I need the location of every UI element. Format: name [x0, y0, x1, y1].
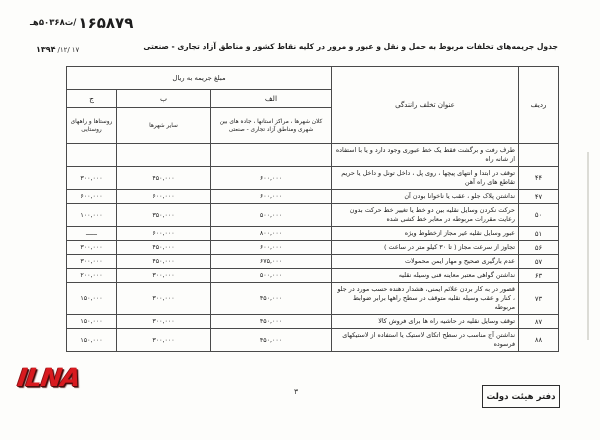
table-row: ۸۷ توقف وسایل نقلیه در حاشیه راه ها برای… — [67, 315, 559, 329]
fine-b-cell — [117, 144, 211, 167]
row-number-cell: ۵۱ — [519, 227, 559, 241]
row-number-cell — [519, 144, 559, 167]
fine-b-cell: ۳۰۰,۰۰۰ — [117, 315, 211, 329]
fine-c-cell: ۶۰۰,۰۰۰ — [67, 190, 117, 204]
fine-c-cell: ۱۰۰,۰۰۰ — [67, 204, 117, 227]
table-row: ۴۴ توقف در ابتدا و انتهای پیچها ، روی پل… — [67, 167, 559, 190]
fines-table-body: طرف رفت و برگشت فقط یک خط عبوری وجود دار… — [67, 144, 559, 352]
header-col-c-desc: روستاها و راههای روستایی — [67, 108, 117, 144]
fine-c-cell — [67, 144, 117, 167]
fine-b-cell: ۶۰۰,۰۰۰ — [117, 227, 211, 241]
header-row-number-col: ردیف — [519, 67, 559, 144]
violation-text-cell: نداشتن پلاک جلو ، عقب یا ناخوانا بودن آن — [332, 190, 519, 204]
violation-text-cell: نداشتن گواهی معتبر معاینه فنی وسیله نقلی… — [332, 269, 519, 283]
document-date: ۱۳۹۴ /۱۲/ ۱۷ — [36, 45, 79, 54]
scan-artifact-line — [587, 152, 589, 340]
fine-a-cell: ۶۰۰,۰۰۰ — [211, 241, 332, 255]
table-row: ۵۷ عدم بارگیری صحیح و مهار ایمن محمولات … — [67, 255, 559, 269]
fines-table-header: ردیف عنوان تخلف رانندگی مبلغ جریمه به ری… — [67, 67, 559, 144]
fine-a-cell: ۵۰۰,۰۰۰ — [211, 204, 332, 227]
fine-a-cell: ۶۰۰,۰۰۰ — [211, 167, 332, 190]
date-day: ۱۷ — [72, 46, 80, 54]
table-row: ۶۳ نداشتن گواهی معتبر معاینه فنی وسیله ن… — [67, 269, 559, 283]
fine-a-cell: ۴۵۰,۰۰۰ — [211, 315, 332, 329]
violation-text-cell: عدم بارگیری صحیح و مهار ایمن محمولات — [332, 255, 519, 269]
header-col-b-desc: سایر شهرها — [117, 108, 211, 144]
table-row: ۵۶ تجاوز از سرعت مجاز ( تا ۳۰ کیلو متر د… — [67, 241, 559, 255]
table-row: ۴۷ نداشتن پلاک جلو ، عقب یا ناخوانا بودن… — [67, 190, 559, 204]
header-col-b-letter: ب — [117, 90, 211, 108]
date-month: /۱۲/ — [58, 46, 70, 54]
fine-b-cell: ۳۰۰,۰۰۰ — [117, 329, 211, 352]
row-number-cell: ۴۴ — [519, 167, 559, 190]
row-number-cell: ۸۸ — [519, 329, 559, 352]
table-row: ۷۳ قصور در به کار بردن علائم ایمنی، هشدا… — [67, 283, 559, 315]
fine-c-cell: ۱۵۰,۰۰۰ — [67, 329, 117, 352]
header-violation-col: عنوان تخلف رانندگی — [332, 67, 519, 144]
header-col-c-letter: ج — [67, 90, 117, 108]
ilna-logo: ILNA — [16, 363, 82, 392]
row-number-cell: ۵۰ — [519, 204, 559, 227]
fine-a-cell: ۶۷۵,۰۰۰ — [211, 255, 332, 269]
row-number-cell: ۵۷ — [519, 255, 559, 269]
cabinet-office-stamp: دفتر هیئت دولت — [482, 385, 560, 408]
fine-c-cell: ۳۰۰,۰۰۰ — [67, 255, 117, 269]
header-col-a-letter: الف — [211, 90, 332, 108]
violation-text-cell: قصور در به کار بردن علائم ایمنی، هشدار د… — [332, 283, 519, 315]
table-row: ۵۱ عبور وسایل نقلیه غیر مجاز ازخطوط ویژه… — [67, 227, 559, 241]
violation-text-cell: حرکت نکردن وسایل نقلیه بین دو خط یا تغیی… — [332, 204, 519, 227]
row-number-cell: ۷۳ — [519, 283, 559, 315]
fine-b-cell: ۳۵۰,۰۰۰ — [117, 204, 211, 227]
table-row: ۵۰ حرکت نکردن وسایل نقلیه بین دو خط یا ت… — [67, 204, 559, 227]
violation-text-cell: نداشتن آج مناسب در سطح اتکای لاستیک یا ا… — [332, 329, 519, 352]
scanned-document-page: ۱۶۵۸۷۹ /ت۵۰۳۶۸هـ جدول جریمه‌های تخلفات م… — [0, 0, 600, 440]
violation-text-cell: عبور وسایل نقلیه غیر مجاز ازخطوط ویژه — [332, 227, 519, 241]
violation-text-cell: توقف در ابتدا و انتهای پیچها ، روی پل ، … — [332, 167, 519, 190]
fine-b-cell: ۴۵۰,۰۰۰ — [117, 167, 211, 190]
document-title: جدول جریمه‌های تخلفات مربوط به حمل و نقل… — [130, 42, 558, 51]
table-row: ۸۸ نداشتن آج مناسب در سطح اتکای لاستیک ی… — [67, 329, 559, 352]
violation-text-cell: طرف رفت و برگشت فقط یک خط عبوری وجود دار… — [332, 144, 519, 167]
document-number: ۱۶۵۸۷۹ /ت۵۰۳۶۸هـ — [30, 14, 133, 32]
fine-a-cell: ۴۵۰,۰۰۰ — [211, 329, 332, 352]
fine-b-cell: ۳۰۰,۰۰۰ — [117, 283, 211, 315]
header-col-a-desc: کلان شهرها ، مراکز استانها ، جاده های بی… — [211, 108, 332, 144]
fine-c-cell: ۱۵۰,۰۰۰ — [67, 315, 117, 329]
fine-c-cell: ــــــ — [67, 227, 117, 241]
fine-b-cell: ۴۵۰,۰۰۰ — [117, 241, 211, 255]
row-number-cell: ۵۶ — [519, 241, 559, 255]
fine-a-cell — [211, 144, 332, 167]
date-year: ۱۳۹۴ — [36, 45, 56, 54]
fine-b-cell: ۴۵۰,۰۰۰ — [117, 255, 211, 269]
fine-c-cell: ۱۵۰,۰۰۰ — [67, 283, 117, 315]
fine-b-cell: ۳۰۰,۰۰۰ — [117, 269, 211, 283]
fine-a-cell: ۵۰۰,۰۰۰ — [211, 269, 332, 283]
violation-text-cell: توقف وسایل نقلیه در حاشیه راه ها برای فر… — [332, 315, 519, 329]
row-number-cell: ۸۷ — [519, 315, 559, 329]
document-number-main: ۱۶۵۸۷۹ — [78, 14, 133, 32]
violation-text-cell: تجاوز از سرعت مجاز ( تا ۳۰ کیلو متر در س… — [332, 241, 519, 255]
fines-table: ردیف عنوان تخلف رانندگی مبلغ جریمه به ری… — [66, 66, 559, 352]
document-number-suffix: /ت۵۰۳۶۸هـ — [30, 18, 76, 28]
header-fine-group: مبلغ جریمه به ریال — [67, 67, 332, 90]
fine-a-cell: ۶۰۰,۰۰۰ — [211, 190, 332, 204]
fine-c-cell: ۲۰۰,۰۰۰ — [67, 269, 117, 283]
table-row: طرف رفت و برگشت فقط یک خط عبوری وجود دار… — [67, 144, 559, 167]
fine-a-cell: ۸۰۰,۰۰۰ — [211, 227, 332, 241]
page-number: ۳ — [294, 387, 298, 396]
fine-a-cell: ۴۵۰,۰۰۰ — [211, 283, 332, 315]
row-number-cell: ۴۷ — [519, 190, 559, 204]
fine-b-cell: ۶۰۰,۰۰۰ — [117, 190, 211, 204]
fine-c-cell: ۳۰۰,۰۰۰ — [67, 167, 117, 190]
row-number-cell: ۶۳ — [519, 269, 559, 283]
fine-c-cell: ۳۰۰,۰۰۰ — [67, 241, 117, 255]
